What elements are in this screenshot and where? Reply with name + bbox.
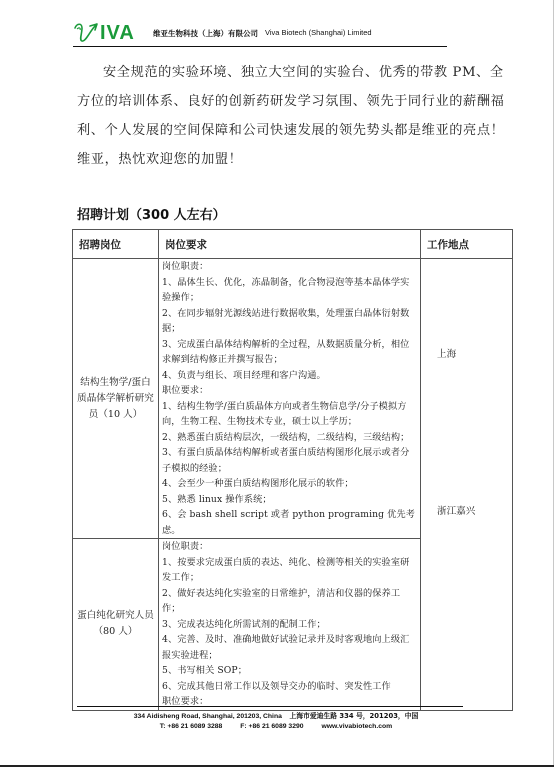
address-cn: 上海市爱迪生路 334 号，201203，中国	[289, 712, 418, 720]
requirements-cell: 岗位职责： 1、按要求完成蛋白质的表达、纯化、检测等相关的实验室研发工作； 2、…	[159, 539, 421, 711]
requirement-line: 6、完成其他日常工作以及领导交办的临时、突发性工作	[162, 679, 417, 695]
requirement-line: 5、书写相关 SOP；	[162, 663, 417, 679]
requirement-line: 职位要求：	[162, 383, 417, 399]
requirement-line: 3、有蛋白质晶体结构解析或者蛋白质结构图形化展示或者分子模拟的经验；	[162, 445, 417, 476]
header-requirements: 岗位要求	[159, 230, 421, 259]
company-name-en: Viva Biotech (Shanghai) Limited	[265, 28, 372, 37]
location-cell: 上海 浙江嘉兴	[421, 259, 513, 711]
requirement-line: 1、晶体生长、优化，冻晶制备，化合物浸泡等基本晶体学实验操作；	[162, 275, 417, 306]
header-location: 工作地点	[421, 230, 513, 259]
requirement-line: 4、会至少一种蛋白质结构图形化展示的软件；	[162, 476, 417, 492]
table-row: 结构生物学/蛋白质晶体学解析研究员（10 人） 岗位职责： 1、晶体生长、优化，…	[73, 259, 513, 539]
footer-contact-line: T: +86 21 6089 3288 F: +86 21 6089 3290 …	[60, 722, 492, 732]
logo-text: IVA	[100, 23, 135, 43]
requirement-line: 6、会 bash shell script 或者 python programi…	[162, 507, 417, 538]
phone-number: T: +86 21 6089 3288	[160, 723, 223, 730]
requirement-line: 3、完成表达纯化所需试剂的配制工作；	[162, 617, 417, 633]
requirement-line: 1、结构生物学/蛋白质晶体方向或者生物信息学/分子模拟方向，生物工程、生物技术专…	[162, 399, 417, 430]
header-divider	[73, 46, 447, 47]
requirement-line: 3、完成蛋白晶体结构解析的全过程，从数据质量分析，相位求解到结构修正并撰写报告；	[162, 337, 417, 368]
requirement-line: 2、熟悉蛋白质结构层次，一级结构，二级结构，三级结构；	[162, 430, 417, 446]
table-header-row: 招聘岗位 岗位要求 工作地点	[73, 230, 513, 259]
requirements-cell: 岗位职责： 1、晶体生长、优化，冻晶制备，化合物浸泡等基本晶体学实验操作； 2、…	[159, 259, 421, 539]
viva-logo: IVA	[73, 18, 135, 44]
requirement-line: 岗位职责：	[162, 259, 417, 275]
company-name-cn: 维亚生物科技（上海）有限公司	[153, 28, 258, 39]
position-cell: 结构生物学/蛋白质晶体学解析研究员（10 人）	[73, 259, 159, 539]
requirement-line: 1、按要求完成蛋白质的表达、纯化、检测等相关的实验室研发工作；	[162, 555, 417, 586]
requirement-line: 职位要求：	[162, 694, 417, 710]
requirement-line: 2、在同步辐射光源线站进行数据收集，处理蛋白晶体衍射数据；	[162, 306, 417, 337]
letterhead: IVA 维亚生物科技（上海）有限公司 Viva Biotech (Shangha…	[73, 18, 448, 46]
header-position: 招聘岗位	[73, 230, 159, 259]
footer: 334 Aidisheng Road, Shanghai, 201203, Ch…	[60, 711, 492, 732]
location-jiaxing: 浙江嘉兴	[437, 503, 475, 517]
requirement-line: 岗位职责：	[162, 539, 417, 555]
requirement-line: 4、完善、及时、准确地做好试验记录并及时客观地向上级汇报实验进程；	[162, 632, 417, 663]
requirement-line: 5、熟悉 linux 操作系统；	[162, 492, 417, 508]
section-title: 招聘计划（300 人左右）	[77, 204, 226, 223]
requirement-line: 4、负责与组长、项目经理和客户沟通。	[162, 368, 417, 384]
recruitment-table: 招聘岗位 岗位要求 工作地点 结构生物学/蛋白质晶体学解析研究员（10 人） 岗…	[72, 229, 513, 711]
address-en: 334 Aidisheng Road, Shanghai, 201203, Ch…	[134, 713, 282, 720]
location-shanghai: 上海	[437, 346, 456, 360]
viva-v-swoosh-icon	[73, 20, 99, 44]
website-link[interactable]: www.vivabiotech.com	[321, 723, 392, 730]
footer-divider	[77, 706, 463, 707]
fax-number: F: +86 21 6089 3290	[240, 723, 303, 730]
requirement-line: 2、做好表达纯化实验室的日常维护，清洁和仪器的保养工作；	[162, 586, 417, 617]
footer-address-line: 334 Aidisheng Road, Shanghai, 201203, Ch…	[60, 711, 492, 722]
position-cell: 蛋白纯化研究人员（80 人）	[73, 539, 159, 711]
intro-paragraph: 安全规范的实验环境、独立大空间的实验台、优秀的带教 PM、全方位的培训体系、良好…	[77, 58, 515, 174]
